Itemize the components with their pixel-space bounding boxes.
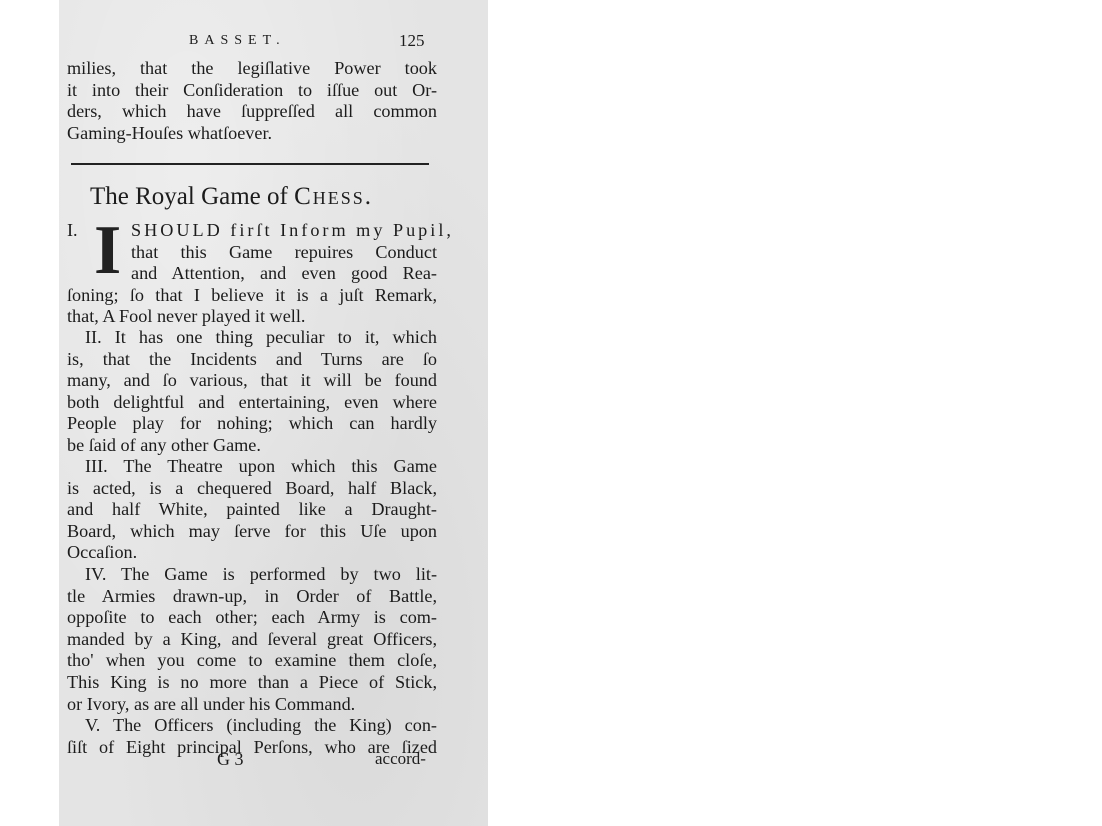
text-line: V. The Officers (including the King) con…	[67, 715, 437, 737]
text-line: tho' when you come to examine them cloſe…	[67, 650, 437, 672]
book-page: BASSET. 125 milies, that the legiſlative…	[59, 0, 488, 826]
text-line: Board, which may ſerve for this Uſe upon	[67, 521, 437, 543]
text-line: milies, that the legiſlative Power took	[67, 58, 437, 80]
text-line: that this Game repuires Conduct	[131, 242, 437, 264]
text-line: many, and ſo various, that it will be fo…	[67, 370, 437, 392]
chapter-title: The Royal Game of Chess.	[90, 183, 373, 211]
text-line: People play for nohing; which can hardly	[67, 413, 437, 435]
section-divider-rule	[71, 163, 429, 165]
running-title: BASSET.	[189, 33, 286, 49]
text-line: Gaming-Houſes whatſoever.	[67, 123, 437, 145]
section-2: II. It has one thing peculiar to it, whi…	[67, 327, 437, 457]
text-line: III. The Theatre upon which this Game	[67, 456, 437, 478]
text-line: II. It has one thing peculiar to it, whi…	[67, 327, 437, 349]
section-number: I.	[67, 220, 78, 242]
catchword: accord-	[375, 749, 426, 769]
section-1: I. I SHOULD firſt Inform my Pupil, that …	[67, 220, 437, 328]
text-line: be ſaid of any other Game.	[67, 435, 437, 457]
text-line: IV. The Game is performed by two lit-	[67, 564, 437, 586]
text-line: and half White, painted like a Draught-	[67, 499, 437, 521]
text-line: tle Armies drawn-up, in Order of Battle,	[67, 586, 437, 608]
text-line: is acted, is a chequered Board, half Bla…	[67, 478, 437, 500]
continuation-paragraph: milies, that the legiſlative Power took …	[67, 58, 437, 144]
text-line: that, A Fool never played it well.	[67, 306, 437, 328]
text-line: ſoning; ſo that I believe it is a juſt R…	[67, 285, 437, 307]
chapter-title-main: The Royal Game of	[90, 183, 294, 210]
section-4: IV. The Game is performed by two lit- tl…	[67, 564, 437, 715]
drop-cap-letter: I	[94, 220, 121, 282]
chapter-title-caps: Chess.	[294, 183, 373, 210]
text-line: manded by a King, and ſeveral great Offi…	[67, 629, 437, 651]
text-line: This King is no more than a Piece of Sti…	[67, 672, 437, 694]
running-head: BASSET. 125	[59, 33, 488, 53]
text-line: SHOULD firſt Inform my Pupil,	[131, 220, 437, 242]
text-line: both delightful and entertaining, even w…	[67, 392, 437, 414]
text-line: is, that the Incidents and Turns are ſo	[67, 349, 437, 371]
text-line: or Ivory, as are all under his Command.	[67, 694, 437, 716]
printer-signature-mark: G 3	[217, 749, 244, 770]
page-number: 125	[399, 31, 425, 51]
text-line: it into their Conſideration to iſſue out…	[67, 80, 437, 102]
section-3: III. The Theatre upon which this Game is…	[67, 456, 437, 564]
dropcap-block: I. I SHOULD firſt Inform my Pupil, that …	[67, 220, 437, 285]
text-line: oppoſite to each other; each Army is com…	[67, 607, 437, 629]
text-line: ders, which have ſuppreſſed all common	[67, 101, 437, 123]
text-line: Occaſion.	[67, 542, 437, 564]
text-line: and Attention, and even good Rea-	[131, 263, 437, 285]
